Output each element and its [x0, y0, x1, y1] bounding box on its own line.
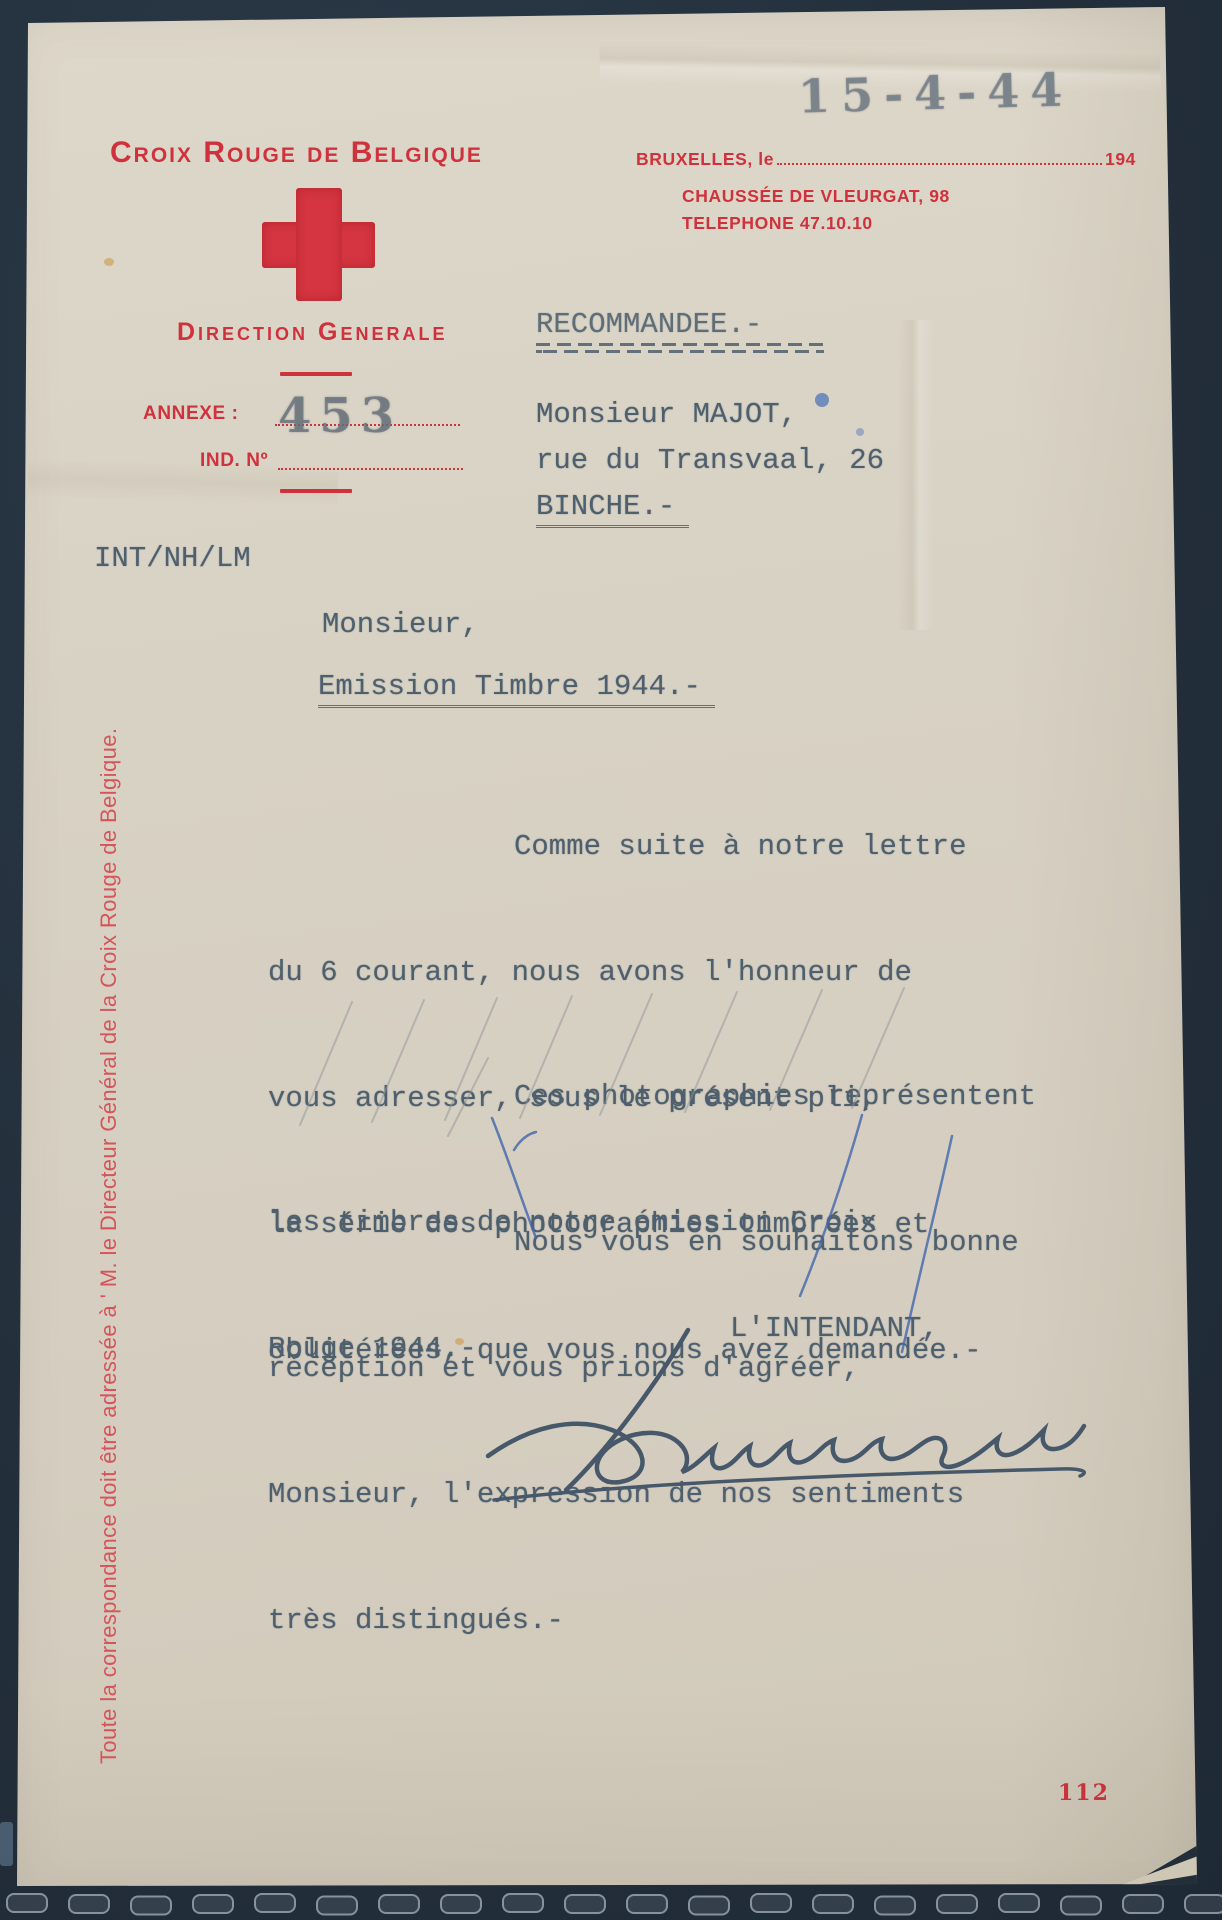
- film-sprocket-hole: [998, 1893, 1040, 1913]
- film-sprocket-hole: [378, 1894, 420, 1914]
- handwritten-check-marks: [0, 0, 1222, 1920]
- film-sprocket-hole: [688, 1896, 730, 1916]
- film-sprocket-hole: [68, 1894, 110, 1914]
- letter-paper: 15-4-44 Croix Rouge de Belgique Directio…: [0, 0, 1222, 1920]
- film-sprocket-hole: [440, 1894, 482, 1914]
- film-sprocket-hole: [1122, 1894, 1164, 1914]
- blue-ink-dot-small: [856, 428, 864, 436]
- film-sprocket-hole: [6, 1893, 48, 1913]
- film-sprocket-hole: [626, 1894, 668, 1914]
- blue-ink-strokes: [492, 1115, 952, 1352]
- film-strip-sprocket-row: [0, 1888, 1222, 1920]
- film-sprocket-hole: [874, 1896, 916, 1916]
- scan-edge-tab: [0, 1822, 13, 1866]
- film-sprocket-hole: [1060, 1896, 1102, 1916]
- film-sprocket-hole: [254, 1893, 296, 1913]
- page-number: 112: [1058, 1780, 1110, 1806]
- film-sprocket-hole: [192, 1894, 234, 1914]
- film-sprocket-hole: [316, 1896, 358, 1916]
- film-sprocket-hole: [564, 1894, 606, 1914]
- pencil-slash-marks: [300, 988, 904, 1136]
- blue-ink-dot: [815, 393, 829, 407]
- scanned-letter-page: { "scan": { "background_color": "#232f3b…: [0, 0, 1222, 1920]
- film-sprocket-hole: [502, 1893, 544, 1913]
- film-sprocket-hole: [1184, 1894, 1222, 1914]
- film-sprocket-hole: [812, 1894, 854, 1914]
- film-sprocket-hole: [750, 1893, 792, 1913]
- film-sprocket-hole: [936, 1894, 978, 1914]
- film-sprocket-hole: [130, 1896, 172, 1916]
